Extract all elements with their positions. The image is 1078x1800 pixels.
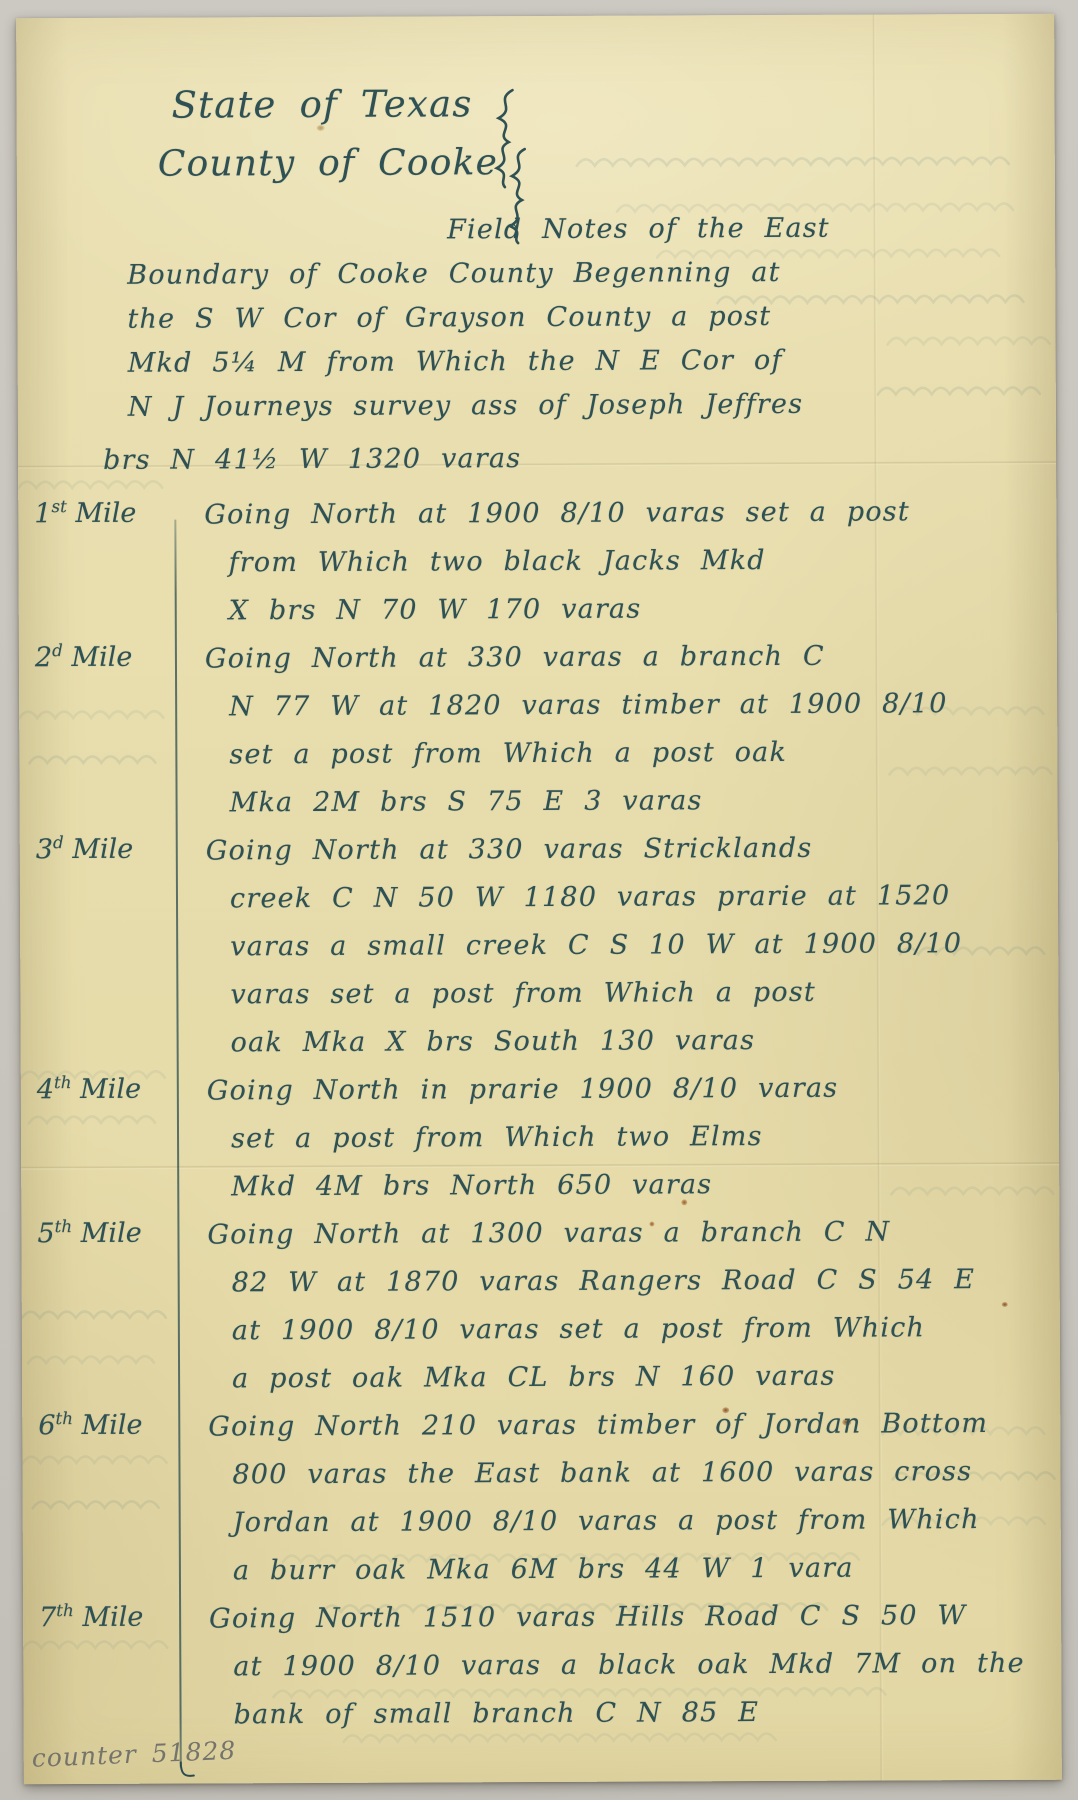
entry-line: Going North at 330 varas Stricklands: [206, 824, 1058, 876]
mile-entry-text: Going North at 1300 varas a branch C N82…: [207, 1208, 1060, 1404]
entry-line: set a post from Which a post oak: [205, 728, 1057, 780]
mile-ordinal: 3: [36, 834, 53, 865]
mile-word: Mile: [82, 1602, 143, 1633]
entry-line: a post oak Mka CL brs N 160 varas: [208, 1352, 1060, 1404]
manuscript-page: State of Texas County of Cooke Field Not…: [16, 14, 1062, 1785]
mile-ordinal-suffix: th: [55, 1216, 73, 1236]
counter-note: counter 51828: [31, 1736, 237, 1773]
mile-ordinal: 2: [35, 642, 52, 673]
intro-line: Mkd 5¼ M from Which the N E Cor of: [128, 339, 831, 386]
intro-line: N J Journeys survey ass of Joseph Jeffre…: [128, 383, 831, 430]
document-scan: State of Texas County of Cooke Field Not…: [0, 0, 1078, 1800]
mile-entry-text: Going North in prarie 1900 8/10 varasset…: [207, 1064, 1060, 1212]
intro-line: brs N 41½ W 1320 varas: [103, 436, 831, 483]
mile-word: Mile: [81, 1218, 142, 1249]
entry-line: 82 W at 1870 varas Rangers Road C S 54 E: [208, 1256, 1060, 1308]
entry-line: Going North 1510 varas Hills Road C S 50…: [209, 1592, 1061, 1644]
entry-line: bank of small branch C N 85 E: [209, 1688, 1061, 1740]
header-state-line: State of Texas: [171, 82, 472, 126]
mile-ordinal-suffix: th: [55, 1408, 73, 1428]
mile-entry-text: Going North at 330 varas Stricklandscree…: [206, 824, 1059, 1068]
mile-ordinal-suffix: st: [51, 496, 66, 516]
entry-line: varas set a post from Which a post: [206, 968, 1058, 1020]
entry-line: Mkd 4M brs North 650 varas: [207, 1160, 1059, 1212]
entry-line: creek C N 50 W 1180 varas prarie at 1520: [206, 872, 1058, 924]
entry-line: 800 varas the East bank at 1600 varas cr…: [208, 1448, 1060, 1500]
mile-label: 5th Mile: [37, 1216, 177, 1250]
mile-label: 6th Mile: [38, 1408, 178, 1442]
brace-icon: [499, 146, 539, 246]
mile-ordinal: 6: [38, 1410, 55, 1441]
mile-label: 3d Mile: [36, 832, 176, 866]
entry-line: at 1900 8/10 varas set a post from Which: [208, 1304, 1060, 1356]
mile-label: 7th Mile: [39, 1600, 179, 1634]
entry-line: Going North at 330 varas a branch C: [205, 632, 1057, 684]
entry-line: set a post from Which two Elms: [207, 1112, 1059, 1164]
entry-line: at 1900 8/10 varas a black oak Mkd 7M on…: [209, 1640, 1061, 1692]
mile-word: Mile: [80, 1074, 141, 1105]
mile-word: Mile: [71, 642, 132, 673]
entry-line: X brs N 70 W 170 varas: [205, 584, 1057, 636]
mile-entry-text: Going North at 1900 8/10 varas set a pos…: [204, 488, 1057, 636]
mile-ordinal: 1: [34, 498, 51, 529]
mile-entry-text: Going North 210 varas timber of Jordan B…: [208, 1400, 1061, 1596]
entry-line: Mka 2M brs S 75 E 3 varas: [205, 776, 1057, 828]
mile-entry-text: Going North 1510 varas Hills Road C S 50…: [209, 1592, 1062, 1740]
mile-entry-text: Going North at 330 varas a branch CN 77 …: [205, 632, 1058, 828]
entry-line: Jordan at 1900 8/10 varas a post from Wh…: [209, 1496, 1061, 1548]
mile-ordinal: 7: [39, 1602, 56, 1633]
field-notes-intro: Field Notes of the EastBoundary of Cooke…: [102, 207, 831, 483]
entry-line: N 77 W at 1820 varas timber at 1900 8/10: [205, 680, 1057, 732]
mile-label: 4th Mile: [37, 1072, 177, 1106]
mile-ordinal-suffix: th: [54, 1072, 72, 1092]
entry-line: a burr oak Mka 6M brs 44 W 1 vara: [209, 1544, 1061, 1596]
mile-ordinal: 5: [37, 1218, 54, 1249]
mile-ordinal-suffix: d: [53, 832, 64, 852]
mile-label: 1st Mile: [34, 496, 174, 530]
entry-line: Going North 210 varas timber of Jordan B…: [208, 1400, 1060, 1452]
mile-word: Mile: [82, 1410, 143, 1441]
entry-line: oak Mka X brs South 130 varas: [207, 1016, 1059, 1068]
mile-ordinal-suffix: th: [56, 1600, 74, 1620]
entry-line: Going North at 1300 varas a branch C N: [207, 1208, 1059, 1260]
intro-line: Boundary of Cooke County Begenning at: [127, 251, 830, 298]
intro-line: the S W Cor of Grayson County a post: [127, 295, 830, 342]
entry-line: from Which two black Jacks Mkd: [204, 536, 1056, 588]
mile-ordinal-suffix: d: [52, 640, 63, 660]
mile-word: Mile: [72, 834, 133, 865]
entry-line: varas a small creek C S 10 W at 1900 8/1…: [206, 920, 1058, 972]
mile-word: Mile: [75, 498, 136, 529]
header-county-line: County of Cooke: [158, 142, 498, 184]
mile-ordinal: 4: [37, 1074, 54, 1105]
entry-line: Going North at 1900 8/10 varas set a pos…: [204, 488, 1056, 540]
entry-line: Going North in prarie 1900 8/10 varas: [207, 1064, 1059, 1116]
mile-label: 2d Mile: [35, 640, 175, 674]
